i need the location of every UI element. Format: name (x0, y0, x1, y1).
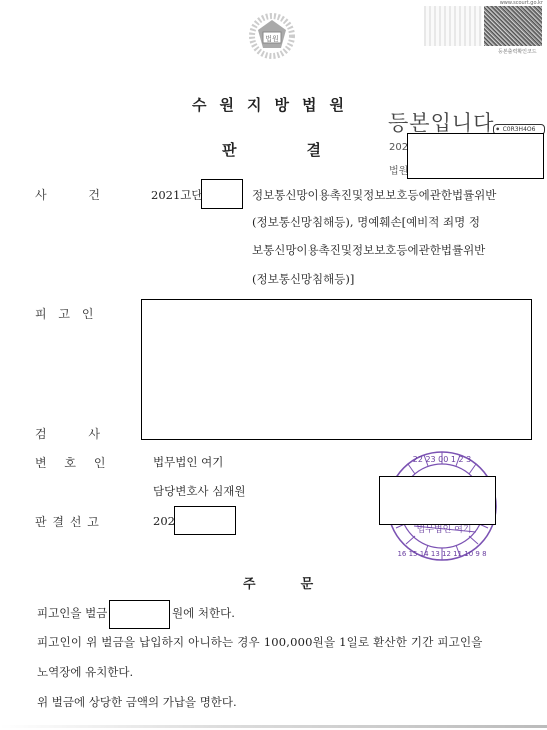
case-number: 2021고단 (151, 187, 202, 203)
sentencing-label: 판 결 선 고 (35, 513, 99, 530)
case-description-line: (정보통신망침해등), 명예훼손[예비적 죄명 정 (252, 214, 480, 230)
case-description-line: 정보통신망이용촉진및정보보호등에관한법률위반 (252, 187, 496, 203)
barcode-pattern (424, 6, 482, 46)
order-heading-right: 문 (301, 577, 314, 592)
order-line: 피고인이 위 벌금을 납입하지 아니하는 경우 100,000원을 1일로 환산… (37, 634, 483, 650)
order-heading: 주문 (243, 573, 313, 592)
counsel-attorney: 담당변호사 심재원 (153, 483, 246, 499)
order-line: 위 벌금에 상당한 금액의 가납을 명한다. (37, 694, 237, 710)
judgment-title: 판결 (222, 139, 321, 160)
order-line-fine-prefix: 피고인을 벌금 (37, 605, 107, 621)
defendant-label: 피 고 인 (35, 305, 93, 322)
svg-text:22 23 00 1 2 3: 22 23 00 1 2 3 (413, 455, 472, 464)
judgment-title-left: 판 (222, 139, 237, 160)
page-bottom-edge (0, 725, 547, 728)
counsel-firm: 법무법인 여기 (153, 454, 223, 470)
qr-code-icon (484, 6, 542, 46)
case-label: 사 건 (35, 186, 100, 203)
court-name: 수원지방법원 (192, 94, 357, 115)
order-line: 노역장에 유치한다. (37, 664, 133, 680)
case-description-line: (정보통신망침해등)] (252, 271, 354, 287)
redaction-box (407, 133, 544, 179)
issue-court: 법원 (389, 162, 408, 177)
svg-text:법원: 법원 (265, 34, 279, 43)
order-heading-left: 주 (243, 577, 256, 592)
verification-code-block: www.scourt.go.kr 등본출력확인코드 (422, 0, 547, 58)
redaction-box (109, 600, 170, 629)
issue-date: 202 (389, 142, 408, 153)
case-description-line: 보통신망이용촉진및정보보호등에관한법률위반 (252, 242, 485, 258)
redaction-box (379, 476, 496, 525)
qr-caption: 등본출력확인코드 (498, 48, 537, 55)
svg-text:16 15 14 13 12 11 10 9 8: 16 15 14 13 12 11 10 9 8 (397, 550, 486, 558)
redaction-box (141, 299, 532, 440)
sentencing-date: 202 (153, 514, 175, 528)
counsel-label: 변 호 인 (35, 454, 105, 471)
prosecutor-label: 검 사 (35, 425, 100, 442)
judgment-title-right: 결 (307, 139, 322, 160)
redaction-box (174, 506, 236, 535)
order-line-fine-suffix: 원에 처한다. (172, 605, 235, 621)
redaction-box (201, 179, 243, 209)
court-seal-icon: 법원 (248, 12, 296, 60)
